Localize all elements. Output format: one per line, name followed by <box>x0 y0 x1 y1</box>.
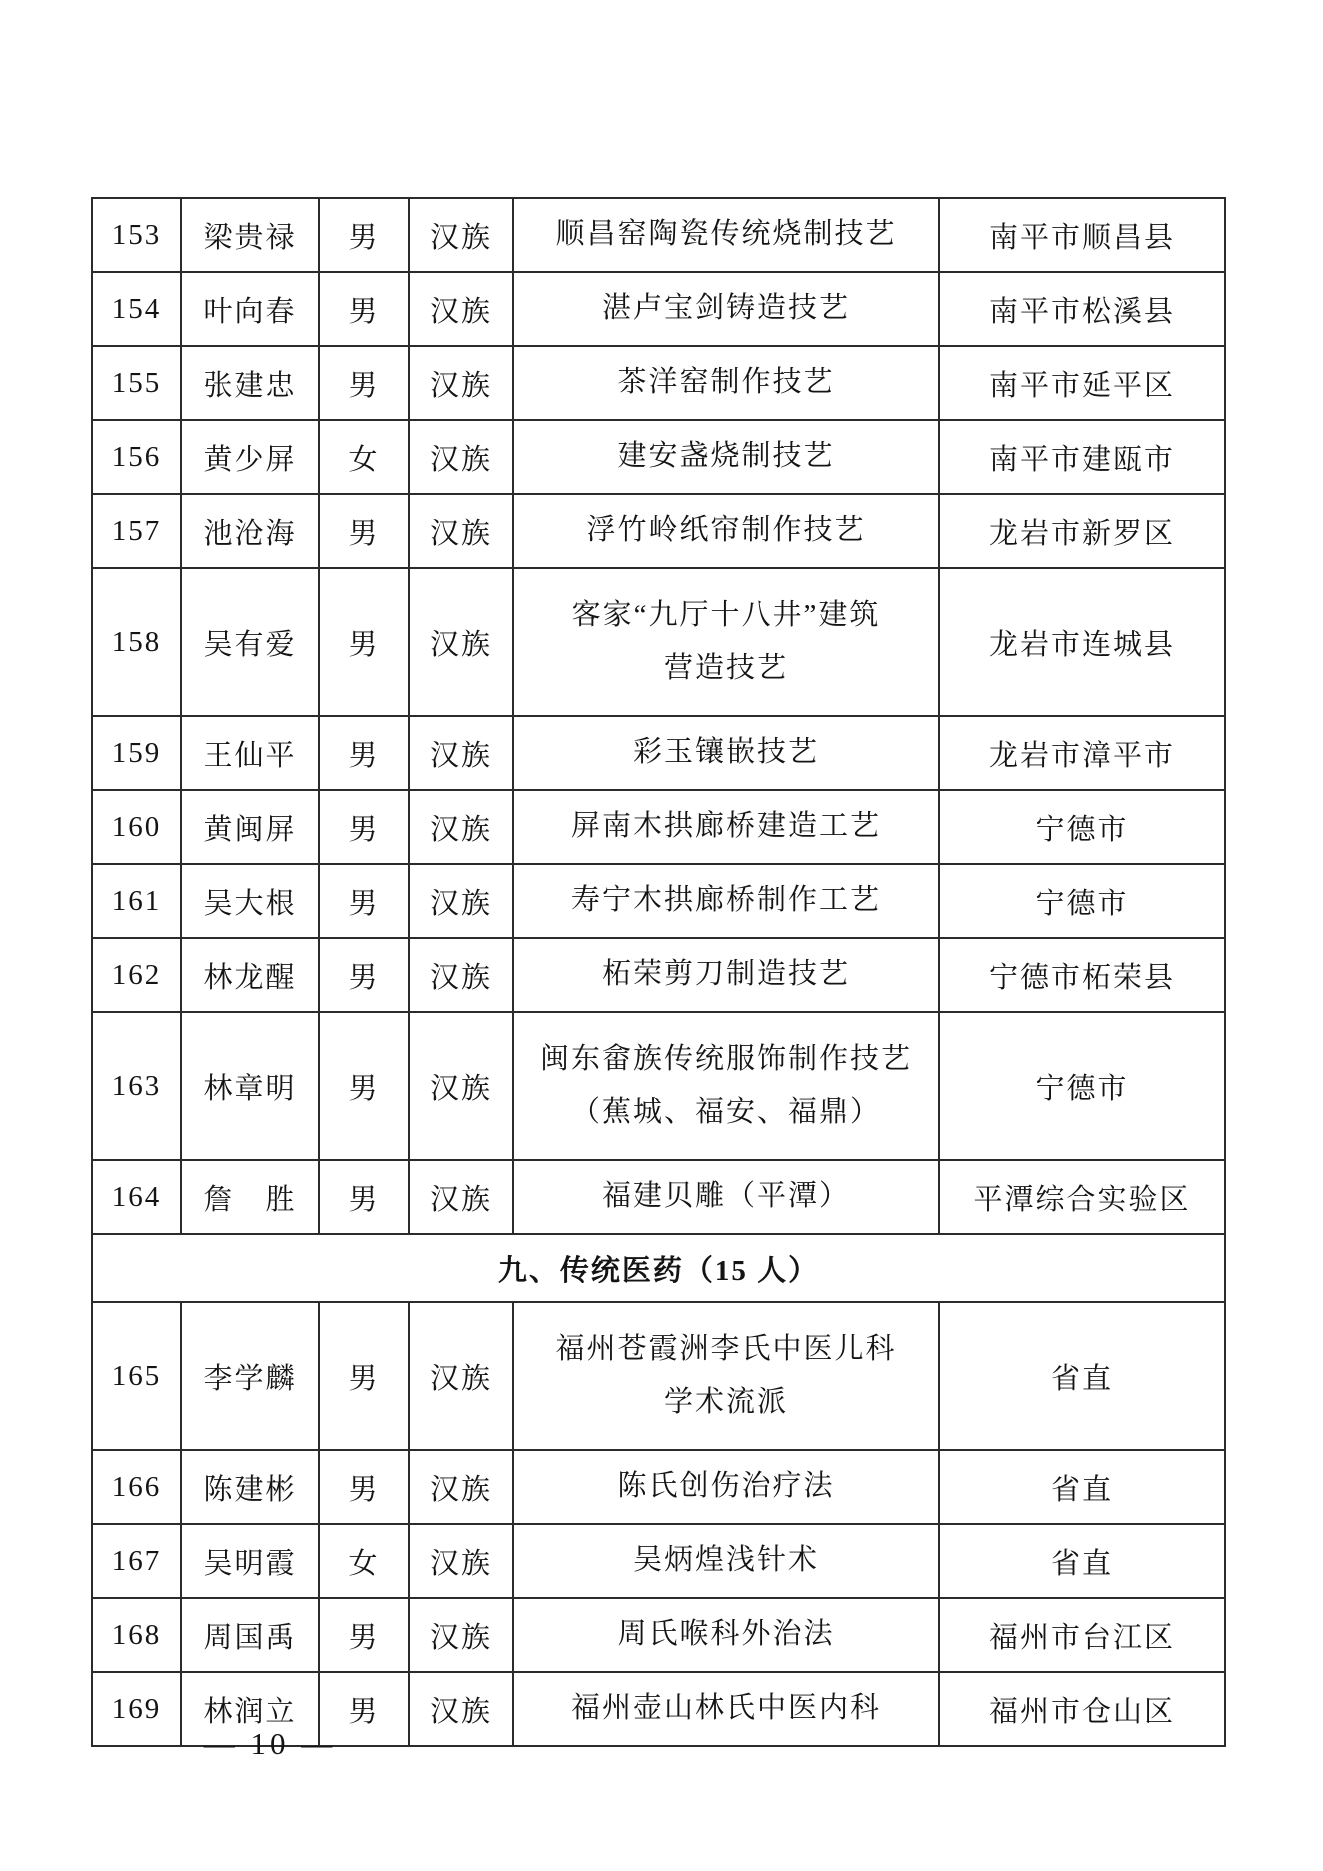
name-cell: 李学麟 <box>181 1302 319 1450</box>
name-cell: 池沧海 <box>181 494 319 568</box>
project-lines: 福州壶山林氏中医内科 <box>514 1692 938 1725</box>
region-cell: 宁德市 <box>939 1012 1225 1160</box>
project-line: 营造技艺 <box>514 652 938 685</box>
ethnicity-cell: 汉族 <box>409 1012 513 1160</box>
name-cell: 张建忠 <box>181 346 319 420</box>
project-line: 闽东畲族传统服饰制作技艺 <box>514 1043 938 1076</box>
region-cell: 福州市台江区 <box>939 1598 1225 1672</box>
gender-cell: 男 <box>319 1450 409 1524</box>
row-number-cell: 162 <box>92 938 181 1012</box>
project-lines: 寿宁木拱廊桥制作工艺 <box>514 884 938 917</box>
project-cell: 陈氏创伤治疗法 <box>513 1450 939 1524</box>
ethnicity-cell: 汉族 <box>409 198 513 272</box>
ethnicity-cell: 汉族 <box>409 790 513 864</box>
project-cell: 顺昌窑陶瓷传统烧制技艺 <box>513 198 939 272</box>
project-line: 屏南木拱廊桥建造工艺 <box>514 810 938 843</box>
name-cell: 林章明 <box>181 1012 319 1160</box>
ethnicity-cell: 汉族 <box>409 346 513 420</box>
name-cell: 吴明霞 <box>181 1524 319 1598</box>
project-lines: 周氏喉科外治法 <box>514 1618 938 1651</box>
project-cell: 寿宁木拱廊桥制作工艺 <box>513 864 939 938</box>
row-number-cell: 165 <box>92 1302 181 1450</box>
gender-cell: 男 <box>319 346 409 420</box>
project-cell: 浮竹岭纸帘制作技艺 <box>513 494 939 568</box>
project-line: 建安盏烧制技艺 <box>514 440 938 473</box>
row-number-cell: 166 <box>92 1450 181 1524</box>
project-cell: 建安盏烧制技艺 <box>513 420 939 494</box>
project-cell: 彩玉镶嵌技艺 <box>513 716 939 790</box>
region-cell: 南平市建瓯市 <box>939 420 1225 494</box>
project-line: 陈氏创伤治疗法 <box>514 1470 938 1503</box>
row-number-cell: 163 <box>92 1012 181 1160</box>
ethnicity-cell: 汉族 <box>409 1450 513 1524</box>
gender-cell: 男 <box>319 494 409 568</box>
row-number-cell: 156 <box>92 420 181 494</box>
project-line: 顺昌窑陶瓷传统烧制技艺 <box>514 218 938 251</box>
project-lines: 屏南木拱廊桥建造工艺 <box>514 810 938 843</box>
project-line: 湛卢宝剑铸造技艺 <box>514 292 938 325</box>
table-body: 153 梁贵禄 男 汉族 顺昌窑陶瓷传统烧制技艺 南平市顺昌县 154 叶向春 … <box>92 198 1225 1746</box>
project-cell: 闽东畲族传统服饰制作技艺（蕉城、福安、福鼎） <box>513 1012 939 1160</box>
row-number-cell: 155 <box>92 346 181 420</box>
project-line: 吴炳煌浅针术 <box>514 1544 938 1577</box>
table-row: 158 吴有爱 男 汉族 客家“九厅十八井”建筑营造技艺 龙岩市连城县 <box>92 568 1225 716</box>
project-cell: 福州苍霞洲李氏中医儿科学术流派 <box>513 1302 939 1450</box>
region-cell: 宁德市 <box>939 790 1225 864</box>
ethnicity-cell: 汉族 <box>409 272 513 346</box>
project-line: 柘荣剪刀制造技艺 <box>514 958 938 991</box>
project-line: 福州苍霞洲李氏中医儿科 <box>514 1333 938 1366</box>
project-lines: 湛卢宝剑铸造技艺 <box>514 292 938 325</box>
project-line: 周氏喉科外治法 <box>514 1618 938 1651</box>
project-line: 彩玉镶嵌技艺 <box>514 736 938 769</box>
table-row: 166 陈建彬 男 汉族 陈氏创伤治疗法 省直 <box>92 1450 1225 1524</box>
table-row: 156 黄少屏 女 汉族 建安盏烧制技艺 南平市建瓯市 <box>92 420 1225 494</box>
name-cell: 吴有爱 <box>181 568 319 716</box>
gender-cell: 男 <box>319 716 409 790</box>
project-line: 寿宁木拱廊桥制作工艺 <box>514 884 938 917</box>
project-lines: 陈氏创伤治疗法 <box>514 1470 938 1503</box>
table-row: 160 黄闽屏 男 汉族 屏南木拱廊桥建造工艺 宁德市 <box>92 790 1225 864</box>
region-cell: 省直 <box>939 1450 1225 1524</box>
project-lines: 柘荣剪刀制造技艺 <box>514 958 938 991</box>
row-number-cell: 158 <box>92 568 181 716</box>
project-line: 客家“九厅十八井”建筑 <box>514 599 938 632</box>
name-cell: 叶向春 <box>181 272 319 346</box>
gender-cell: 男 <box>319 1012 409 1160</box>
gender-cell: 男 <box>319 938 409 1012</box>
region-cell: 南平市顺昌县 <box>939 198 1225 272</box>
gender-cell: 男 <box>319 568 409 716</box>
region-cell: 龙岩市连城县 <box>939 568 1225 716</box>
ethnicity-cell: 汉族 <box>409 1672 513 1746</box>
project-line: 学术流派 <box>514 1386 938 1419</box>
section-header-label: 九、传统医药（15 人） <box>92 1234 1225 1302</box>
project-lines: 吴炳煌浅针术 <box>514 1544 938 1577</box>
name-cell: 梁贵禄 <box>181 198 319 272</box>
project-lines: 彩玉镶嵌技艺 <box>514 736 938 769</box>
gender-cell: 男 <box>319 1160 409 1234</box>
table-row: 165 李学麟 男 汉族 福州苍霞洲李氏中医儿科学术流派 省直 <box>92 1302 1225 1450</box>
row-number-cell: 168 <box>92 1598 181 1672</box>
row-number-cell: 153 <box>92 198 181 272</box>
table-row: 154 叶向春 男 汉族 湛卢宝剑铸造技艺 南平市松溪县 <box>92 272 1225 346</box>
page-number: — 10 — <box>150 1726 390 1762</box>
project-lines: 闽东畲族传统服饰制作技艺（蕉城、福安、福鼎） <box>514 1043 938 1130</box>
project-line: 茶洋窑制作技艺 <box>514 366 938 399</box>
table-row: 162 林龙醒 男 汉族 柘荣剪刀制造技艺 宁德市柘荣县 <box>92 938 1225 1012</box>
ethnicity-cell: 汉族 <box>409 1160 513 1234</box>
row-number-cell: 157 <box>92 494 181 568</box>
region-cell: 省直 <box>939 1524 1225 1598</box>
project-line: 福建贝雕（平潭） <box>514 1180 938 1213</box>
project-cell: 屏南木拱廊桥建造工艺 <box>513 790 939 864</box>
table-row: 159 王仙平 男 汉族 彩玉镶嵌技艺 龙岩市漳平市 <box>92 716 1225 790</box>
region-cell: 南平市延平区 <box>939 346 1225 420</box>
name-cell: 黄少屏 <box>181 420 319 494</box>
project-cell: 周氏喉科外治法 <box>513 1598 939 1672</box>
gender-cell: 女 <box>319 1524 409 1598</box>
project-lines: 客家“九厅十八井”建筑营造技艺 <box>514 599 938 686</box>
region-cell: 省直 <box>939 1302 1225 1450</box>
section-header-row: 九、传统医药（15 人） <box>92 1234 1225 1302</box>
region-cell: 平潭综合实验区 <box>939 1160 1225 1234</box>
table-row: 155 张建忠 男 汉族 茶洋窑制作技艺 南平市延平区 <box>92 346 1225 420</box>
document-page: 153 梁贵禄 男 汉族 顺昌窑陶瓷传统烧制技艺 南平市顺昌县 154 叶向春 … <box>0 0 1323 1871</box>
project-lines: 建安盏烧制技艺 <box>514 440 938 473</box>
name-cell: 陈建彬 <box>181 1450 319 1524</box>
ethnicity-cell: 汉族 <box>409 494 513 568</box>
gender-cell: 男 <box>319 864 409 938</box>
table-row: 167 吴明霞 女 汉族 吴炳煌浅针术 省直 <box>92 1524 1225 1598</box>
ethnicity-cell: 汉族 <box>409 938 513 1012</box>
project-lines: 福建贝雕（平潭） <box>514 1180 938 1213</box>
region-cell: 龙岩市新罗区 <box>939 494 1225 568</box>
row-number-cell: 154 <box>92 272 181 346</box>
name-cell: 周国禹 <box>181 1598 319 1672</box>
row-number-cell: 159 <box>92 716 181 790</box>
ethnicity-cell: 汉族 <box>409 1302 513 1450</box>
project-line: （蕉城、福安、福鼎） <box>514 1096 938 1129</box>
row-number-cell: 164 <box>92 1160 181 1234</box>
project-cell: 湛卢宝剑铸造技艺 <box>513 272 939 346</box>
region-cell: 宁德市柘荣县 <box>939 938 1225 1012</box>
gender-cell: 男 <box>319 1302 409 1450</box>
project-cell: 柘荣剪刀制造技艺 <box>513 938 939 1012</box>
ethnicity-cell: 汉族 <box>409 864 513 938</box>
gender-cell: 女 <box>319 420 409 494</box>
gender-cell: 男 <box>319 790 409 864</box>
table-row: 153 梁贵禄 男 汉族 顺昌窑陶瓷传统烧制技艺 南平市顺昌县 <box>92 198 1225 272</box>
name-cell: 詹 胜 <box>181 1160 319 1234</box>
project-lines: 浮竹岭纸帘制作技艺 <box>514 514 938 547</box>
gender-cell: 男 <box>319 198 409 272</box>
table-row: 164 詹 胜 男 汉族 福建贝雕（平潭） 平潭综合实验区 <box>92 1160 1225 1234</box>
ethnicity-cell: 汉族 <box>409 420 513 494</box>
region-cell: 福州市仓山区 <box>939 1672 1225 1746</box>
project-lines: 福州苍霞洲李氏中医儿科学术流派 <box>514 1333 938 1420</box>
project-cell: 茶洋窑制作技艺 <box>513 346 939 420</box>
ethnicity-cell: 汉族 <box>409 568 513 716</box>
project-cell: 客家“九厅十八井”建筑营造技艺 <box>513 568 939 716</box>
ethnicity-cell: 汉族 <box>409 716 513 790</box>
table-row: 161 吴大根 男 汉族 寿宁木拱廊桥制作工艺 宁德市 <box>92 864 1225 938</box>
table-row: 157 池沧海 男 汉族 浮竹岭纸帘制作技艺 龙岩市新罗区 <box>92 494 1225 568</box>
inheritors-table: 153 梁贵禄 男 汉族 顺昌窑陶瓷传统烧制技艺 南平市顺昌县 154 叶向春 … <box>91 197 1226 1747</box>
project-lines: 茶洋窑制作技艺 <box>514 366 938 399</box>
project-cell: 福州壶山林氏中医内科 <box>513 1672 939 1746</box>
name-cell: 吴大根 <box>181 864 319 938</box>
region-cell: 南平市松溪县 <box>939 272 1225 346</box>
table-row: 168 周国禹 男 汉族 周氏喉科外治法 福州市台江区 <box>92 1598 1225 1672</box>
project-cell: 福建贝雕（平潭） <box>513 1160 939 1234</box>
project-cell: 吴炳煌浅针术 <box>513 1524 939 1598</box>
gender-cell: 男 <box>319 272 409 346</box>
row-number-cell: 161 <box>92 864 181 938</box>
table-row: 163 林章明 男 汉族 闽东畲族传统服饰制作技艺（蕉城、福安、福鼎） 宁德市 <box>92 1012 1225 1160</box>
region-cell: 宁德市 <box>939 864 1225 938</box>
project-line: 浮竹岭纸帘制作技艺 <box>514 514 938 547</box>
ethnicity-cell: 汉族 <box>409 1524 513 1598</box>
name-cell: 林龙醒 <box>181 938 319 1012</box>
ethnicity-cell: 汉族 <box>409 1598 513 1672</box>
project-lines: 顺昌窑陶瓷传统烧制技艺 <box>514 218 938 251</box>
gender-cell: 男 <box>319 1598 409 1672</box>
name-cell: 王仙平 <box>181 716 319 790</box>
name-cell: 黄闽屏 <box>181 790 319 864</box>
row-number-cell: 167 <box>92 1524 181 1598</box>
region-cell: 龙岩市漳平市 <box>939 716 1225 790</box>
row-number-cell: 160 <box>92 790 181 864</box>
project-line: 福州壶山林氏中医内科 <box>514 1692 938 1725</box>
